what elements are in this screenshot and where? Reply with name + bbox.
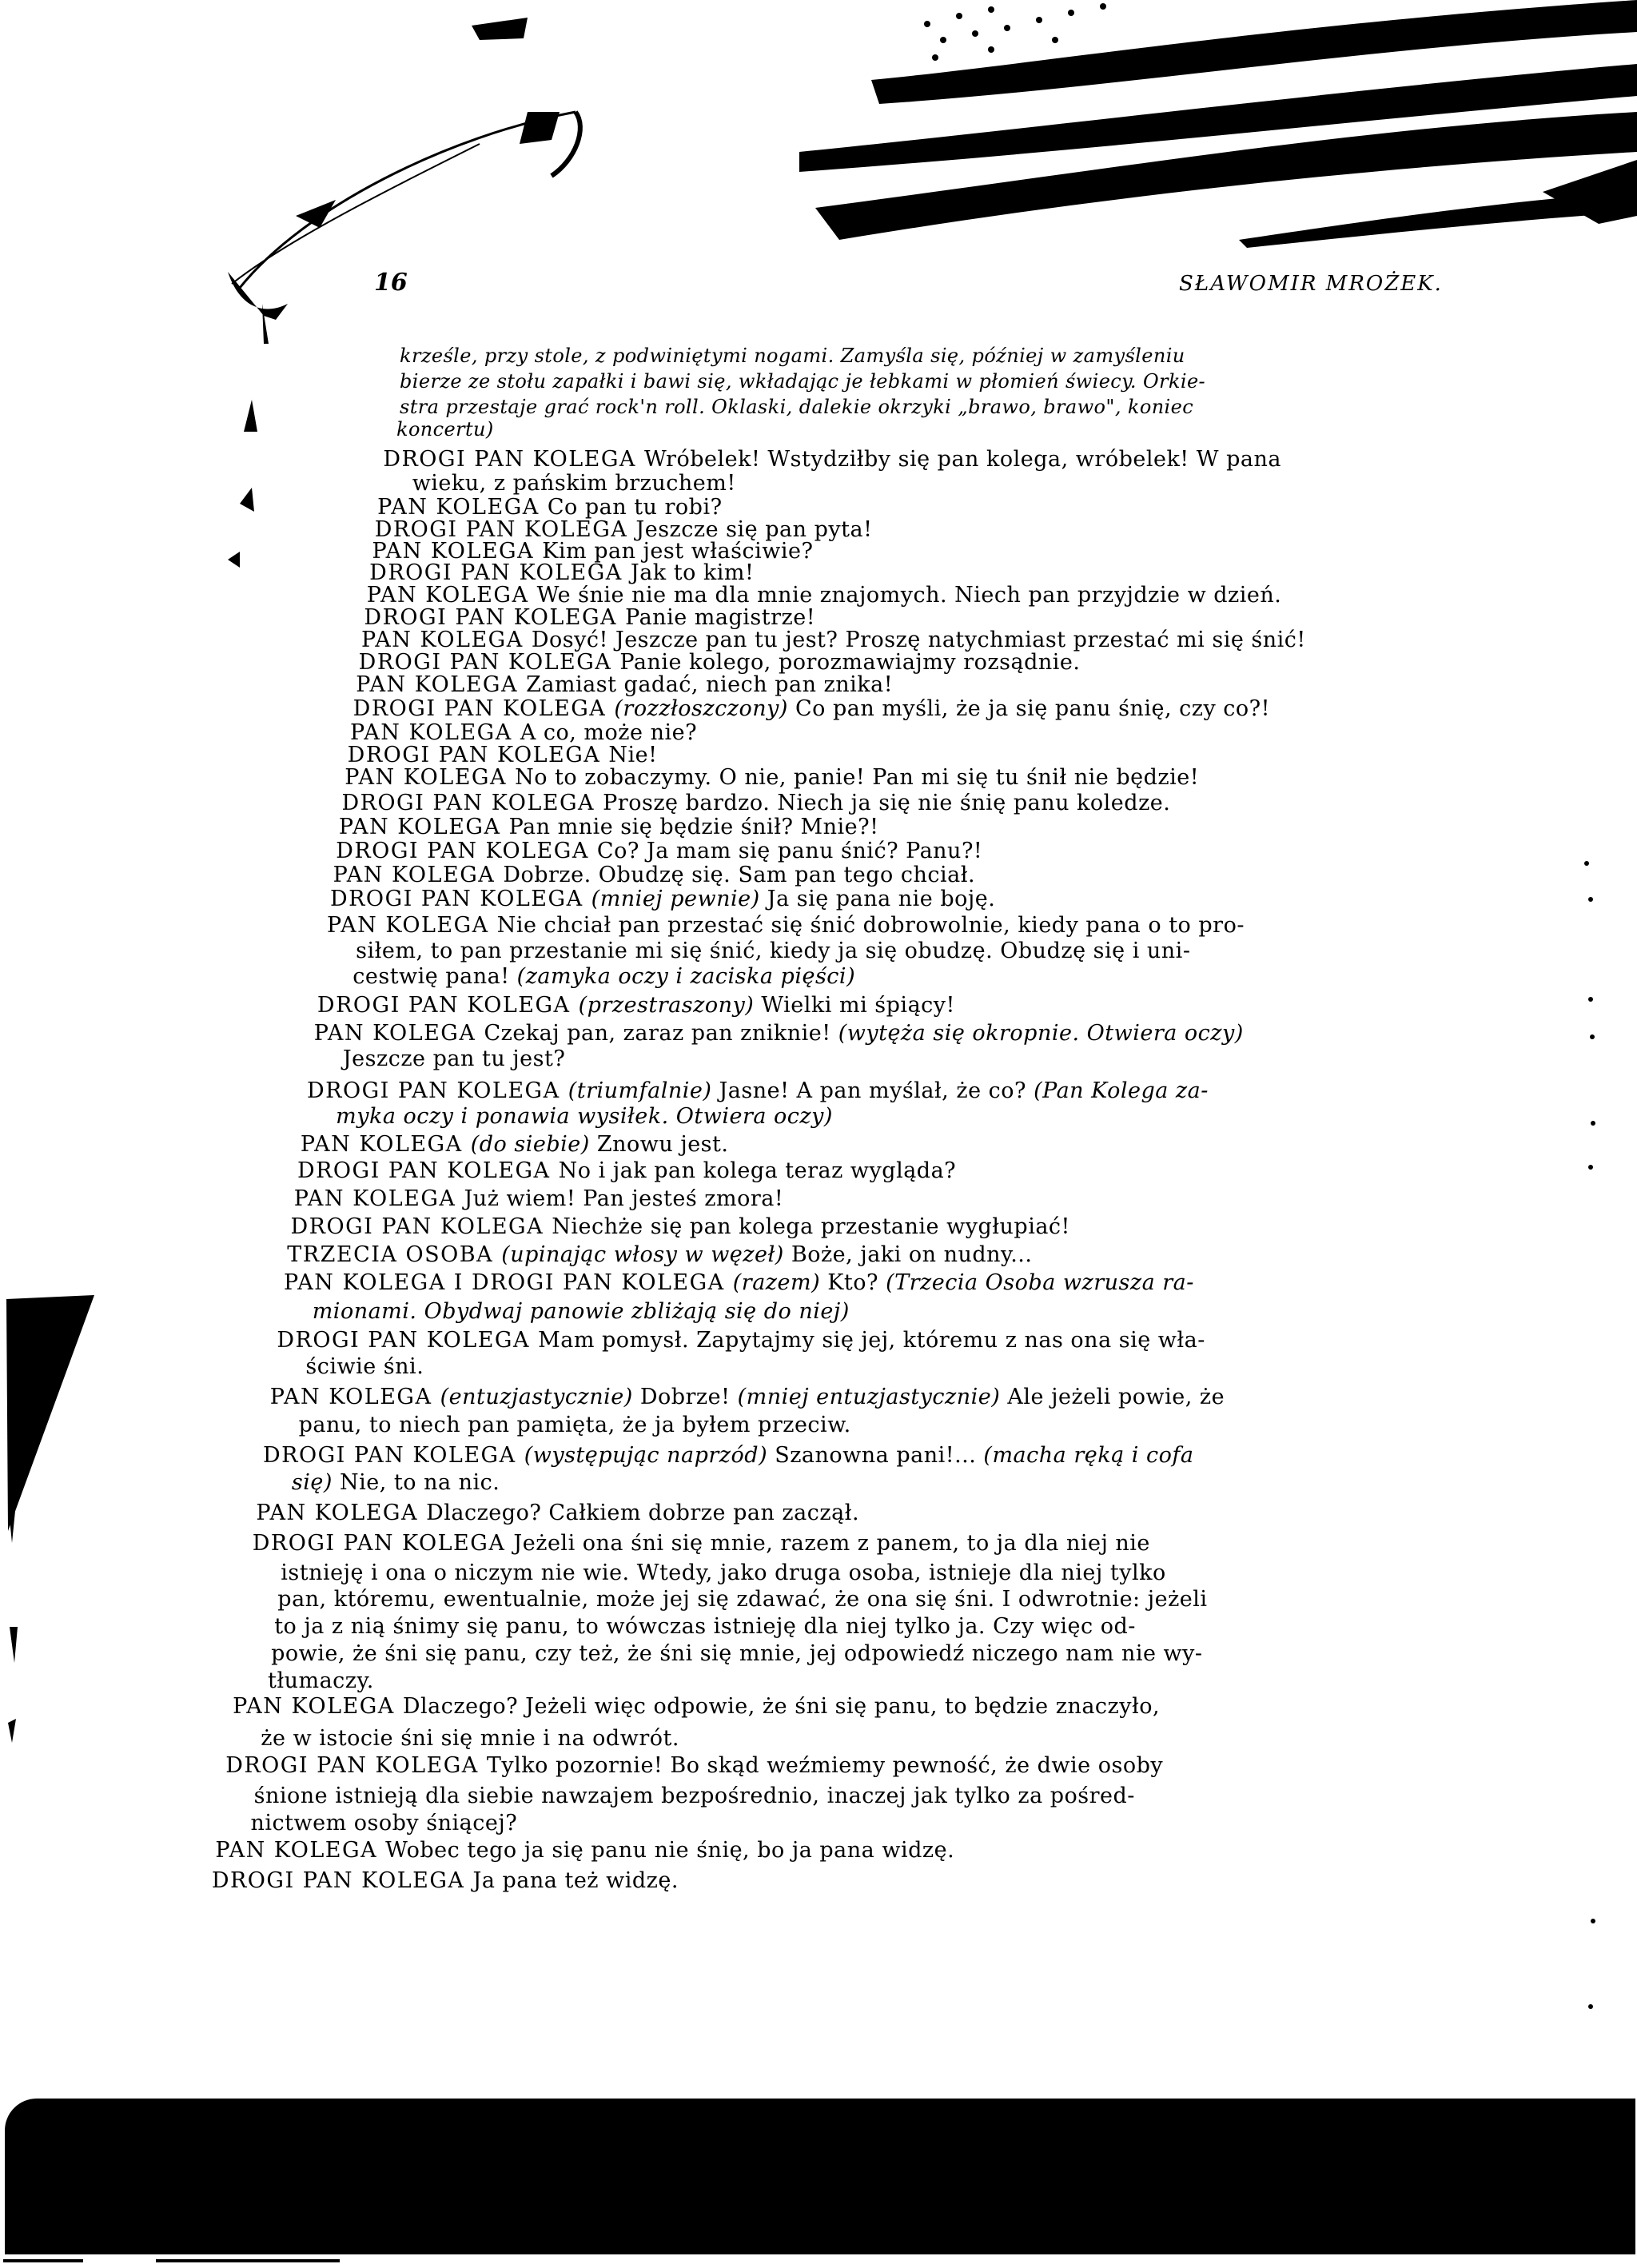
stage-direction: (macha ręką i cofa xyxy=(983,1443,1193,1468)
bottom-band xyxy=(5,2099,1635,2254)
stage-direction: (triumfalnie) xyxy=(568,1078,712,1103)
stage-direction: (Trzecia Osoba wzrusza ra- xyxy=(886,1270,1194,1295)
text-line: DROGI PAN KOLEGA (triumfalnie) Jasne! A … xyxy=(307,1079,1209,1103)
text-line: panu, to niech pan pamięta, że ja byłem … xyxy=(299,1413,851,1437)
ink-smudge xyxy=(472,18,528,40)
speaker-name: PAN KOLEGA xyxy=(327,913,497,938)
speaker-name: PAN KOLEGA xyxy=(233,1694,403,1719)
speaker-name: PAN KOLEGA xyxy=(294,1186,464,1211)
text-line: DROGI PAN KOLEGA (rozzłoszczony) Co pan … xyxy=(353,697,1270,721)
dialogue-text: Panie kolego, porozmawiajmy rozsądnie. xyxy=(619,650,1080,675)
dialogue-text: Ja się pana nie boję. xyxy=(760,887,996,911)
text-line: DROGI PAN KOLEGA Panie magistrze! xyxy=(364,606,815,630)
stage-direction: (przestraszony) xyxy=(579,993,755,1018)
stage-direction: (upinając włosy w węzeł) xyxy=(501,1242,784,1267)
speaker-name: PAN KOLEGA xyxy=(256,1501,426,1525)
text-line: DROGI PAN KOLEGA Co? Ja mam się panu śni… xyxy=(336,839,982,863)
dialogue-text: We śnie nie ma dla mnie znajomych. Niech… xyxy=(537,583,1282,608)
text-line: tłumaczy. xyxy=(268,1669,374,1693)
text-line: powie, że śni się panu, czy też, że śni … xyxy=(271,1642,1202,1666)
speaker-name: DROGI PAN KOLEGA xyxy=(277,1328,538,1353)
speaker-name: PAN KOLEGA xyxy=(215,1838,385,1863)
speaker-name: PAN KOLEGA xyxy=(345,765,515,790)
speaker-name: PAN KOLEGA xyxy=(377,495,548,520)
text-line: DROGI PAN KOLEGA Panie kolego, porozmawi… xyxy=(359,651,1081,675)
dialogue-text: Ja pana też widzę. xyxy=(473,1868,679,1893)
text-line: PAN KOLEGA We śnie nie ma dla mnie znajo… xyxy=(367,584,1282,608)
dialogue-text: Nie, to na nic. xyxy=(333,1470,500,1495)
dialogue-text: Nie chciał pan przestać się śnić dobrowo… xyxy=(497,913,1245,938)
speaker-name: PAN KOLEGA xyxy=(350,720,520,745)
dialogue-text: Mam pomysł. Zapytajmy się jej, któremu z… xyxy=(538,1328,1205,1353)
dialogue-text: że w istocie śni się mnie i na odwrót. xyxy=(261,1726,679,1751)
text-line: TRZECIA OSOBA (upinając włosy w węzeł) B… xyxy=(287,1243,1032,1267)
text-line: nictwem osoby śniącej? xyxy=(251,1812,518,1836)
speaker-name: DROGI PAN KOLEGA xyxy=(263,1443,524,1468)
airship-icon xyxy=(228,112,580,344)
text-line: PAN KOLEGA Już wiem! Pan jesteś zmora! xyxy=(294,1187,783,1211)
dialogue-text: Jak to kim! xyxy=(631,560,755,585)
stage-direction: stra przestaje grać rock'n roll. Oklaski… xyxy=(400,396,1193,418)
speaker-name: DROGI PAN KOLEGA xyxy=(348,743,609,767)
speaker-name: DROGI PAN KOLEGA xyxy=(353,696,615,721)
speaker-name: DROGI PAN KOLEGA xyxy=(330,887,591,911)
dialogue-text: Co? Ja mam się panu śnić? Panu?! xyxy=(597,839,982,863)
text-line: PAN KOLEGA No to zobaczymy. O nie, panie… xyxy=(345,766,1199,790)
text-line: mionami. Obydwaj panowie zbliżają się do… xyxy=(313,1300,850,1324)
text-line: siłem, to pan przestanie mi się śnić, ki… xyxy=(356,939,1190,963)
dialogue-text: pan, któremu, ewentualnie, może jej się … xyxy=(277,1587,1207,1612)
stage-direction: (mniej entuzjastycznie) xyxy=(738,1385,1001,1409)
text-line: PAN KOLEGA (do siebie) Znowu jest. xyxy=(301,1133,729,1157)
text-line: się) Nie, to na nic. xyxy=(292,1471,500,1495)
dialogue-text: tłumaczy. xyxy=(268,1668,374,1693)
dialogue-text: Wróbelek! Wstydziłby się pan kolega, wró… xyxy=(644,447,1281,472)
stage-direction: (występując naprzód) xyxy=(524,1443,767,1468)
text-line: DROGI PAN KOLEGA Wróbelek! Wstydziłby si… xyxy=(383,448,1281,472)
text-line: PAN KOLEGA Wobec tego ja się panu nie śn… xyxy=(215,1839,954,1863)
dialogue-text: Czekaj pan, zaraz pan zniknie! xyxy=(484,1021,838,1046)
text-line: PAN KOLEGA Dobrze. Obudzę się. Sam pan t… xyxy=(333,863,976,887)
dialogue-text: Tylko pozornie! Bo skąd weźmiemy pewność… xyxy=(487,1753,1163,1778)
stage-direction: (mniej pewnie) xyxy=(591,887,760,911)
text-line: PAN KOLEGA A co, może nie? xyxy=(350,721,697,745)
dialogue-text: to ja z nią śnimy się panu, to wówczas i… xyxy=(274,1614,1136,1639)
dialogue-text: Ale jeżeli powie, że xyxy=(1000,1385,1225,1409)
dialogue-text: siłem, to pan przestanie mi się śnić, ki… xyxy=(356,939,1190,963)
stage-direction: (entuzjastycznie) xyxy=(440,1385,633,1409)
left-wedge xyxy=(6,1295,94,1531)
dialogue-text: Boże, jaki on nudny... xyxy=(784,1242,1033,1267)
stage-direction: (zamyka oczy i zaciska pięści) xyxy=(517,964,855,989)
text-line: DROGI PAN KOLEGA Mam pomysł. Zapytajmy s… xyxy=(277,1329,1205,1353)
dialogue-text: Panie magistrze! xyxy=(625,605,815,630)
stage-direction: bierze ze stołu zapałki i bawi się, wkła… xyxy=(400,370,1205,393)
speaker-name: PAN KOLEGA xyxy=(339,815,509,839)
dialogue-text: A co, może nie? xyxy=(520,720,697,745)
text-line: PAN KOLEGA Dlaczego? Jeżeli więc odpowie… xyxy=(233,1695,1160,1719)
dialogue-text: Szanowna pani!... xyxy=(767,1443,983,1468)
speaker-name: PAN KOLEGA xyxy=(367,583,537,608)
text-line: DROGI PAN KOLEGA Proszę bardzo. Niech ja… xyxy=(341,791,1170,815)
dialogue-text: Dobrze. Obudzę się. Sam pan tego chciał. xyxy=(503,863,975,887)
running-head: SŁAWOMIR MROŻEK. xyxy=(1179,272,1443,296)
speaker-name: PAN KOLEGA xyxy=(301,1132,471,1157)
speaker-name: DROGI PAN KOLEGA xyxy=(364,605,625,630)
text-line: DROGI PAN KOLEGA No i jak pan kolega ter… xyxy=(297,1159,956,1183)
text-line: krześle, przy stole, z podwiniętymi noga… xyxy=(400,344,1185,368)
text-line: DROGI PAN KOLEGA Jak to kim! xyxy=(369,561,754,585)
text-line: DROGI PAN KOLEGA Niechże się pan kolega … xyxy=(291,1215,1070,1239)
decorative-artwork xyxy=(0,0,1637,2268)
dialogue-text: No i jak pan kolega teraz wygląda? xyxy=(559,1158,957,1183)
dialogue-text: Co pan myśli, że ja się panu śnię, czy c… xyxy=(788,696,1270,721)
text-line: PAN KOLEGA Pan mnie się będzie śnił? Mni… xyxy=(339,815,879,839)
dialogue-text: Zamiast gadać, niech pan znika! xyxy=(526,672,893,697)
text-line: PAN KOLEGA Zamiast gadać, niech pan znik… xyxy=(356,673,893,697)
dialogue-text: powie, że śni się panu, czy też, że śni … xyxy=(271,1641,1202,1666)
text-line: DROGI PAN KOLEGA (mniej pewnie) Ja się p… xyxy=(330,887,995,911)
dialogue-text: No to zobaczymy. O nie, panie! Pan mi si… xyxy=(515,765,1199,790)
speaker-name: DROGI PAN KOLEGA xyxy=(369,560,631,585)
speaker-name: PAN KOLEGA xyxy=(361,628,532,652)
dialogue-text: Co pan tu robi? xyxy=(548,495,723,520)
text-line: DROGI PAN KOLEGA Nie! xyxy=(348,743,658,767)
dialogue-text: Wielki mi śpiący! xyxy=(754,993,955,1018)
stage-direction: (do siebie) xyxy=(471,1132,590,1157)
text-line: koncertu) xyxy=(396,417,494,441)
dialogue-text: Wobec tego ja się panu nie śnię, bo ja p… xyxy=(385,1838,954,1863)
text-line: DROGI PAN KOLEGA Jeżeli ona śni się mnie… xyxy=(253,1532,1150,1556)
text-line: PAN KOLEGA Nie chciał pan przestać się ś… xyxy=(327,914,1245,938)
text-line: bierze ze stołu zapałki i bawi się, wkła… xyxy=(400,369,1205,393)
speaker-name: PAN KOLEGA xyxy=(356,672,526,697)
stage-direction: (wytęża się okropnie. Otwiera oczy) xyxy=(838,1021,1244,1046)
dialogue-text: Dlaczego? Całkiem dobrze pan zaczął. xyxy=(426,1501,859,1525)
text-line: że w istocie śni się mnie i na odwrót. xyxy=(261,1727,679,1751)
dialogue-text: Proszę bardzo. Niech ja się nie śnię pan… xyxy=(603,791,1170,815)
speaker-name: DROGI PAN KOLEGA xyxy=(225,1753,487,1778)
stage-direction: (razem) xyxy=(733,1270,820,1295)
speaker-name: DROGI PAN KOLEGA xyxy=(212,1868,473,1893)
text-line: PAN KOLEGA Czekaj pan, zaraz pan zniknie… xyxy=(314,1022,1244,1046)
text-line: śnione istnieją dla siebie nawzajem bezp… xyxy=(254,1784,1135,1808)
text-line: to ja z nią śnimy się panu, to wówczas i… xyxy=(274,1615,1136,1639)
dialogue-text: Kto? xyxy=(820,1270,886,1295)
stage-direction: krześle, przy stole, z podwiniętymi noga… xyxy=(400,345,1185,367)
text-line: myka oczy i ponawia wysiłek. Otwiera ocz… xyxy=(336,1105,833,1129)
stage-direction: koncertu) xyxy=(396,418,494,440)
stage-direction: mionami. Obydwaj panowie zbliżają się do… xyxy=(313,1299,850,1324)
stage-direction: się) xyxy=(292,1470,333,1495)
dialogue-text: śnione istnieją dla siebie nawzajem bezp… xyxy=(254,1784,1135,1808)
bottom-rule xyxy=(3,2259,83,2262)
text-line: wieku, z pańskim brzuchem! xyxy=(412,472,736,496)
dialogue-text: ściwie śni. xyxy=(305,1354,424,1379)
dialogue-text: cestwię pana! xyxy=(352,964,516,989)
text-line: cestwię pana! (zamyka oczy i zaciska pię… xyxy=(352,965,855,989)
speaker-name: DROGI PAN KOLEGA xyxy=(253,1531,514,1556)
text-line: DROGI PAN KOLEGA Ja pana też widzę. xyxy=(212,1869,679,1893)
text-line: PAN KOLEGA (entuzjastycznie) Dobrze! (mn… xyxy=(270,1385,1225,1409)
speaker-name: PAN KOLEGA xyxy=(314,1021,484,1046)
speaker-name: TRZECIA OSOBA xyxy=(287,1242,501,1267)
dialogue-text: Już wiem! Pan jesteś zmora! xyxy=(464,1186,783,1211)
speaker-name: DROGI PAN KOLEGA xyxy=(297,1158,559,1183)
dialogue-text: panu, to niech pan pamięta, że ja byłem … xyxy=(299,1413,851,1437)
speaker-name: PAN KOLEGA xyxy=(270,1385,440,1409)
speaker-name: DROGI PAN KOLEGA xyxy=(291,1214,552,1239)
text-line: DROGI PAN KOLEGA (przestraszony) Wielki … xyxy=(317,994,955,1018)
text-line: stra przestaje grać rock'n roll. Oklaski… xyxy=(400,395,1193,419)
dialogue-text: Pan mnie się będzie śnił? Mnie?! xyxy=(509,815,879,839)
dialogue-text: Dosyć! Jeszcze pan tu jest? Proszę natyc… xyxy=(532,628,1306,652)
dialogue-text: wieku, z pańskim brzuchem! xyxy=(412,471,736,496)
dialogue-text: Jeżeli ona śni się mnie, razem z panem, … xyxy=(513,1531,1149,1556)
stage-direction: myka oczy i ponawia wysiłek. Otwiera ocz… xyxy=(336,1104,833,1129)
stage-direction: (Pan Kolega za- xyxy=(1034,1078,1209,1103)
page-number: 16 xyxy=(374,269,408,297)
dialogue-text: Znowu jest. xyxy=(590,1132,729,1157)
speaker-name: DROGI PAN KOLEGA xyxy=(317,993,579,1018)
dialogue-text: Niechże się pan kolega przestanie wygłup… xyxy=(552,1214,1070,1239)
bottom-rule xyxy=(156,2259,340,2262)
text-line: PAN KOLEGA Dosyć! Jeszcze pan tu jest? P… xyxy=(361,628,1306,652)
dialogue-text: Nie! xyxy=(608,743,657,767)
speaker-name: DROGI PAN KOLEGA xyxy=(359,650,620,675)
dialogue-text: Jasne! A pan myślał, że co? xyxy=(711,1078,1034,1103)
dialogue-text: istnieję i ona o niczym nie wie. Wtedy, … xyxy=(281,1560,1165,1585)
dialogue-text: Dlaczego? Jeżeli więc odpowie, że śni si… xyxy=(403,1694,1160,1719)
speaker-name: DROGI PAN KOLEGA xyxy=(307,1078,568,1103)
flag-artwork xyxy=(799,0,1637,248)
text-line: ściwie śni. xyxy=(305,1355,424,1379)
stage-direction: (rozzłoszczony) xyxy=(614,696,788,721)
dialogue-text: nictwem osoby śniącej? xyxy=(251,1811,518,1836)
speaker-name: DROGI PAN KOLEGA xyxy=(336,839,597,863)
text-line: PAN KOLEGA Co pan tu robi? xyxy=(377,496,723,520)
speaker-name: DROGI PAN KOLEGA xyxy=(341,791,603,815)
text-line: PAN KOLEGA I DROGI PAN KOLEGA (razem) Kt… xyxy=(284,1271,1194,1295)
dialogue-text: Dobrze! xyxy=(633,1385,738,1409)
text-line: DROGI PAN KOLEGA Tylko pozornie! Bo skąd… xyxy=(225,1754,1163,1778)
text-line: pan, któremu, ewentualnie, może jej się … xyxy=(277,1588,1207,1612)
speaker-name: PAN KOLEGA I DROGI PAN KOLEGA xyxy=(284,1270,733,1295)
speaker-name: PAN KOLEGA xyxy=(333,863,504,887)
text-line: DROGI PAN KOLEGA (występując naprzód) Sz… xyxy=(263,1444,1193,1468)
dialogue-text: Jeszcze pan tu jest? xyxy=(343,1046,566,1071)
text-line: istnieję i ona o niczym nie wie. Wtedy, … xyxy=(281,1561,1165,1585)
text-line: Jeszcze pan tu jest? xyxy=(343,1047,566,1071)
speaker-name: DROGI PAN KOLEGA xyxy=(383,447,644,472)
text-line: PAN KOLEGA Dlaczego? Całkiem dobrze pan … xyxy=(256,1501,859,1525)
